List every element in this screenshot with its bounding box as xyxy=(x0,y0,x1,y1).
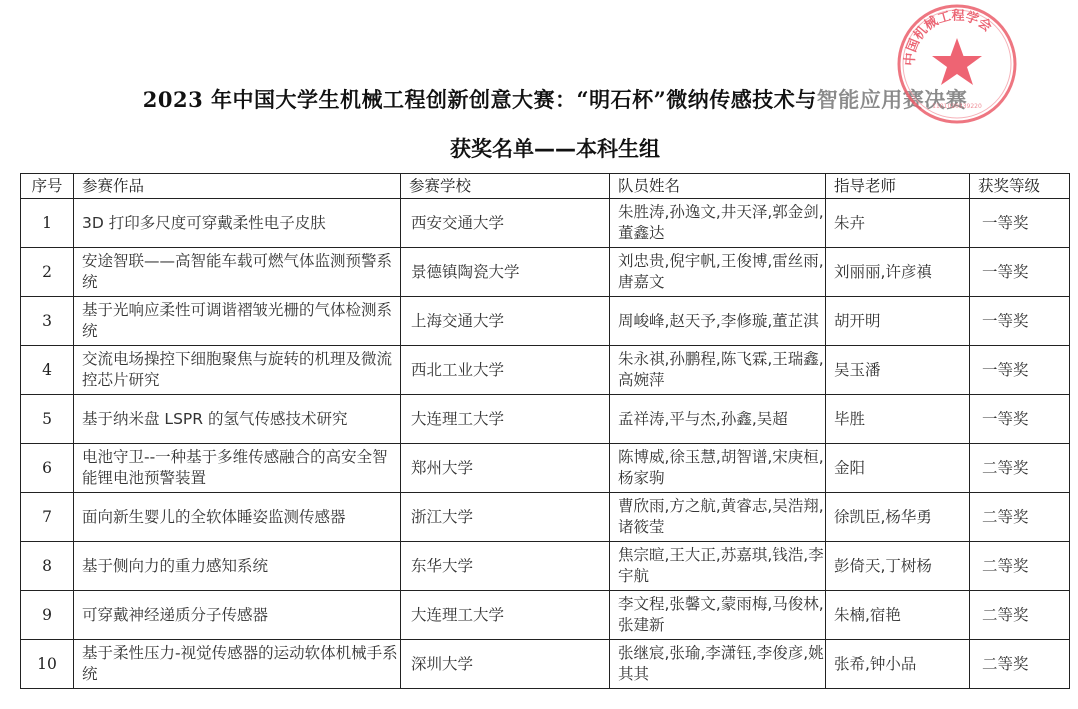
cell-members: 李文程,张馨文,蒙雨梅,马俊林,张建新 xyxy=(610,591,826,640)
cell-no: 7 xyxy=(21,493,74,542)
table-row: 10 基于柔性压力-视觉传感器的运动软体机械手系统 深圳大学 张继宸,张瑜,李潇… xyxy=(21,640,1070,689)
cell-no: 2 xyxy=(21,248,74,297)
table-row: 6 电池守卫--一种基于多维传感融合的高安全智能锂电池预警装置 郑州大学 陈博威… xyxy=(21,444,1070,493)
header-award: 获奖等级 xyxy=(970,174,1070,199)
cell-no: 10 xyxy=(21,640,74,689)
cell-members: 张继宸,张瑜,李潇钰,李俊彦,姚其其 xyxy=(610,640,826,689)
cell-project: 面向新生婴儿的全软体睡姿监测传感器 xyxy=(74,493,401,542)
cell-advisor: 金阳 xyxy=(826,444,970,493)
cell-no: 8 xyxy=(21,542,74,591)
cell-members: 陈博威,徐玉慧,胡智谱,宋庚桓,杨家驹 xyxy=(610,444,826,493)
table-row: 4 交流电场操控下细胞聚焦与旋转的机理及微流控芯片研究 西北工业大学 朱永祺,孙… xyxy=(21,346,1070,395)
cell-school: 西安交通大学 xyxy=(401,199,610,248)
table-header-row: 序号 参赛作品 参赛学校 队员姓名 指导老师 获奖等级 xyxy=(21,174,1070,199)
cell-award: 二等奖 xyxy=(970,542,1070,591)
cell-advisor: 吴玉潘 xyxy=(826,346,970,395)
header-no: 序号 xyxy=(21,174,74,199)
cell-award: 二等奖 xyxy=(970,444,1070,493)
cell-advisor: 刘丽丽,许彦禛 xyxy=(826,248,970,297)
cell-project: 基于柔性压力-视觉传感器的运动软体机械手系统 xyxy=(74,640,401,689)
cell-project: 基于侧向力的重力感知系统 xyxy=(74,542,401,591)
document-title: 2023 年中国大学生机械工程创新创意大赛：“明石杯”微纳传感技术与智能应用赛决… xyxy=(0,84,1078,114)
cell-school: 深圳大学 xyxy=(401,640,610,689)
awards-table: 序号 参赛作品 参赛学校 队员姓名 指导老师 获奖等级 1 3D 打印多尺度可穿… xyxy=(20,173,1070,689)
cell-no: 9 xyxy=(21,591,74,640)
cell-school: 景德镇陶瓷大学 xyxy=(401,248,610,297)
cell-advisor: 朱卉 xyxy=(826,199,970,248)
cell-award: 一等奖 xyxy=(970,395,1070,444)
header-school: 参赛学校 xyxy=(401,174,610,199)
table-row: 2 安途智联——高智能车载可燃气体监测预警系统 景德镇陶瓷大学 刘忠贵,倪宇帆,… xyxy=(21,248,1070,297)
cell-advisor: 毕胜 xyxy=(826,395,970,444)
cell-no: 3 xyxy=(21,297,74,346)
cell-award: 一等奖 xyxy=(970,297,1070,346)
cell-advisor: 胡开明 xyxy=(826,297,970,346)
header-members: 队员姓名 xyxy=(610,174,826,199)
cell-award: 一等奖 xyxy=(970,248,1070,297)
cell-no: 6 xyxy=(21,444,74,493)
cell-school: 大连理工大学 xyxy=(401,395,610,444)
cell-advisor: 徐凯臣,杨华勇 xyxy=(826,493,970,542)
cell-project: 基于纳米盘 LSPR 的氢气传感技术研究 xyxy=(74,395,401,444)
cell-project: 基于光响应柔性可调谐褶皱光栅的气体检测系统 xyxy=(74,297,401,346)
cell-school: 郑州大学 xyxy=(401,444,610,493)
table-row: 5 基于纳米盘 LSPR 的氢气传感技术研究 大连理工大学 孟祥涛,平与杰,孙鑫… xyxy=(21,395,1070,444)
cell-project: 安途智联——高智能车载可燃气体监测预警系统 xyxy=(74,248,401,297)
svg-text:中国机械工程学会: 中国机械工程学会 xyxy=(902,8,995,67)
cell-school: 浙江大学 xyxy=(401,493,610,542)
cell-members: 周峻峰,赵天予,李修璇,董芷淇 xyxy=(610,297,826,346)
table-row: 9 可穿戴神经递质分子传感器 大连理工大学 李文程,张馨文,蒙雨梅,马俊林,张建… xyxy=(21,591,1070,640)
cell-advisor: 朱楠,宿艳 xyxy=(826,591,970,640)
cell-members: 朱胜涛,孙逸文,井天泽,郭金剑,董鑫达 xyxy=(610,199,826,248)
cell-advisor: 张希,钟小品 xyxy=(826,640,970,689)
cell-project: 交流电场操控下细胞聚焦与旋转的机理及微流控芯片研究 xyxy=(74,346,401,395)
cell-no: 4 xyxy=(21,346,74,395)
cell-project: 3D 打印多尺度可穿戴柔性电子皮肤 xyxy=(74,199,401,248)
header-advisor: 指导老师 xyxy=(826,174,970,199)
table-row: 7 面向新生婴儿的全软体睡姿监测传感器 浙江大学 曹欣雨,方之航,黄睿志,吴浩翔… xyxy=(21,493,1070,542)
title-faded: 智能应用赛决赛 xyxy=(817,87,968,112)
cell-project: 可穿戴神经递质分子传感器 xyxy=(74,591,401,640)
cell-members: 孟祥涛,平与杰,孙鑫,吴超 xyxy=(610,395,826,444)
cell-no: 5 xyxy=(21,395,74,444)
cell-school: 东华大学 xyxy=(401,542,610,591)
header-project: 参赛作品 xyxy=(74,174,401,199)
table-row: 3 基于光响应柔性可调谐褶皱光栅的气体检测系统 上海交通大学 周峻峰,赵天予,李… xyxy=(21,297,1070,346)
cell-project: 电池守卫--一种基于多维传感融合的高安全智能锂电池预警装置 xyxy=(74,444,401,493)
cell-award: 二等奖 xyxy=(970,591,1070,640)
cell-school: 上海交通大学 xyxy=(401,297,610,346)
cell-school: 西北工业大学 xyxy=(401,346,610,395)
cell-award: 一等奖 xyxy=(970,199,1070,248)
document-subtitle: 获奖名单——本科生组 xyxy=(0,133,1078,163)
cell-members: 焦宗暄,王大正,苏嘉琪,钱浩,李宇航 xyxy=(610,542,826,591)
cell-members: 朱永祺,孙鹏程,陈飞霖,王瑞鑫,高婉萍 xyxy=(610,346,826,395)
title-main: 2023 年中国大学生机械工程创新创意大赛：“明石杯”微纳传感技术与 xyxy=(143,87,817,112)
cell-award: 一等奖 xyxy=(970,346,1070,395)
cell-members: 刘忠贵,倪宇帆,王俊博,雷丝雨,唐嘉文 xyxy=(610,248,826,297)
cell-advisor: 彭倚天,丁树杨 xyxy=(826,542,970,591)
cell-members: 曹欣雨,方之航,黄睿志,吴浩翔,诸筱莹 xyxy=(610,493,826,542)
cell-school: 大连理工大学 xyxy=(401,591,610,640)
table-row: 8 基于侧向力的重力感知系统 东华大学 焦宗暄,王大正,苏嘉琪,钱浩,李宇航 彭… xyxy=(21,542,1070,591)
cell-award: 二等奖 xyxy=(970,493,1070,542)
cell-award: 二等奖 xyxy=(970,640,1070,689)
cell-no: 1 xyxy=(21,199,74,248)
table-row: 1 3D 打印多尺度可穿戴柔性电子皮肤 西安交通大学 朱胜涛,孙逸文,井天泽,郭… xyxy=(21,199,1070,248)
